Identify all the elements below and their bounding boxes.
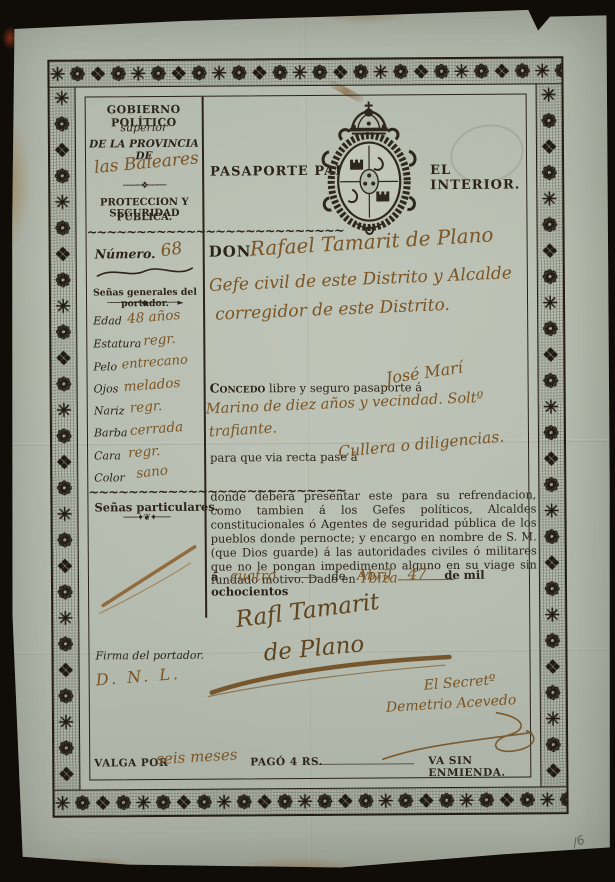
number-value-handwritten: 68	[159, 238, 183, 261]
ornamental-divider: ────❖────	[86, 181, 202, 192]
number-label: Número.	[95, 246, 156, 261]
field-label: Estatura	[93, 337, 141, 350]
pago-label: PAGÓ 4 RS.	[250, 756, 323, 769]
arrow-divider: ─────────◆────────►	[87, 298, 203, 308]
passport-content-area: GOBIERNO POLÍTICO superior DE LA PROVINC…	[86, 94, 531, 779]
signature-flourish-stroke	[205, 651, 455, 699]
field-label: Cara	[94, 449, 121, 462]
curly-bracket-ornament	[95, 265, 195, 280]
field-label: Nariz	[94, 404, 125, 417]
field-value-handwritten: cerrada	[129, 419, 183, 439]
field-label: Barba	[94, 426, 128, 439]
border-ornament-right: ✳❁❖❁✳❁❖❁✳❁❖❁✳❁❖❁✳❁❖❁✳❁❖❁✳❁❖❁✳❁❖❁✳❁❖❁✳❁❖❁…	[536, 84, 567, 786]
bearer-signature-handwritten: D. N. L.	[95, 664, 182, 689]
photo-background: { "document": { "left_column": { "agency…	[0, 0, 615, 882]
field-label: Edad	[93, 314, 122, 327]
wavy-rule: ~~~~~~~~~~~~~~~~~~~~~~~~~~	[86, 225, 202, 241]
va-sin-enmienda-label: VA SIN ENMIENDA.	[428, 754, 530, 779]
field-label: Color	[94, 471, 125, 484]
concedo-lead-word: Concedo	[210, 380, 266, 395]
bearer-title-handwritten-line2: Gefe civil de este Distrito y Alcalde	[209, 263, 513, 296]
don-label: DON	[209, 242, 252, 260]
ornamental-divider: ───✦❦✦───	[89, 513, 205, 524]
passport-sheet: ✳❁❖❁✳❁❖❁✳❁❖❁✳❁❖❁✳❁❖❁✳❁❖❁✳❁❖❁✳❁❖❁✳❁❖❁✳❁❖❁…	[1, 6, 613, 874]
issue-month-handwritten: Abril	[357, 567, 392, 583]
royal-coat-of-arms	[312, 99, 427, 236]
issue-day-handwritten: cuatro	[230, 568, 276, 584]
department-line2: PÚBLICA.	[86, 212, 202, 224]
field-value-handwritten: sano	[135, 462, 168, 481]
field-value-handwritten: melados	[123, 375, 181, 395]
border-ornament-left: ✳❁❖❁✳❁❖❁✳❁❖❁✳❁❖❁✳❁❖❁✳❁❖❁✳❁❖❁✳❁❖❁✳❁❖❁✳❁❖❁…	[50, 88, 81, 790]
ornamental-border-frame: ✳❁❖❁✳❁❖❁✳❁❖❁✳❁❖❁✳❁❖❁✳❁❖❁✳❁❖❁✳❁❖❁✳❁❖❁✳❁❖❁…	[47, 56, 568, 818]
field-value-handwritten: 48 años	[127, 307, 181, 327]
grantee-occupation-handwritten: trafiante.	[209, 420, 278, 440]
de-label: de	[331, 569, 345, 583]
issue-year-handwritten: 47	[407, 565, 426, 583]
field-label: Ojos	[94, 382, 119, 395]
issuing-authority-line2: superior	[86, 121, 202, 135]
field-value-handwritten: regr.	[143, 331, 176, 349]
field-label: Pelo	[93, 360, 117, 373]
border-ornament-top: ✳❁❖❁✳❁❖❁✳❁❖❁✳❁❖❁✳❁❖❁✳❁❖❁✳❁❖❁✳❁❖❁✳❁❖❁✳❁❖❁…	[49, 58, 561, 88]
bearer-title-handwritten-line3: corregidor de este Distrito.	[215, 295, 450, 325]
pencil-mark: /6	[571, 833, 587, 850]
field-value-handwritten: regr.	[129, 398, 162, 416]
wavy-rule: ~~~~~~~~~~~~~~~~~~~~~~~~~~	[88, 485, 204, 501]
field-value-handwritten: regr.	[128, 443, 161, 461]
pase-printed-line: para que via recta pase á	[210, 450, 358, 465]
validity-handwritten: seis meses	[156, 745, 238, 768]
grantee-name-handwritten: José Marí	[385, 358, 464, 388]
firma-portador-label: Firma del portador.	[95, 649, 204, 663]
ink-dash	[286, 576, 320, 577]
destination-handwritten: Cullera o diligencias.	[338, 427, 505, 461]
field-value-handwritten: entrecano	[121, 353, 188, 373]
handwritten-dash-stroke	[95, 533, 204, 618]
a-label: á	[211, 570, 219, 584]
title-el-interior: EL INTERIOR.	[430, 162, 526, 193]
border-ornament-bottom: ✳❁❖❁✳❁❖❁✳❁❖❁✳❁❖❁✳❁❖❁✳❁❖❁✳❁❖❁✳❁❖❁✳❁❖❁✳❁❖❁…	[54, 786, 566, 816]
